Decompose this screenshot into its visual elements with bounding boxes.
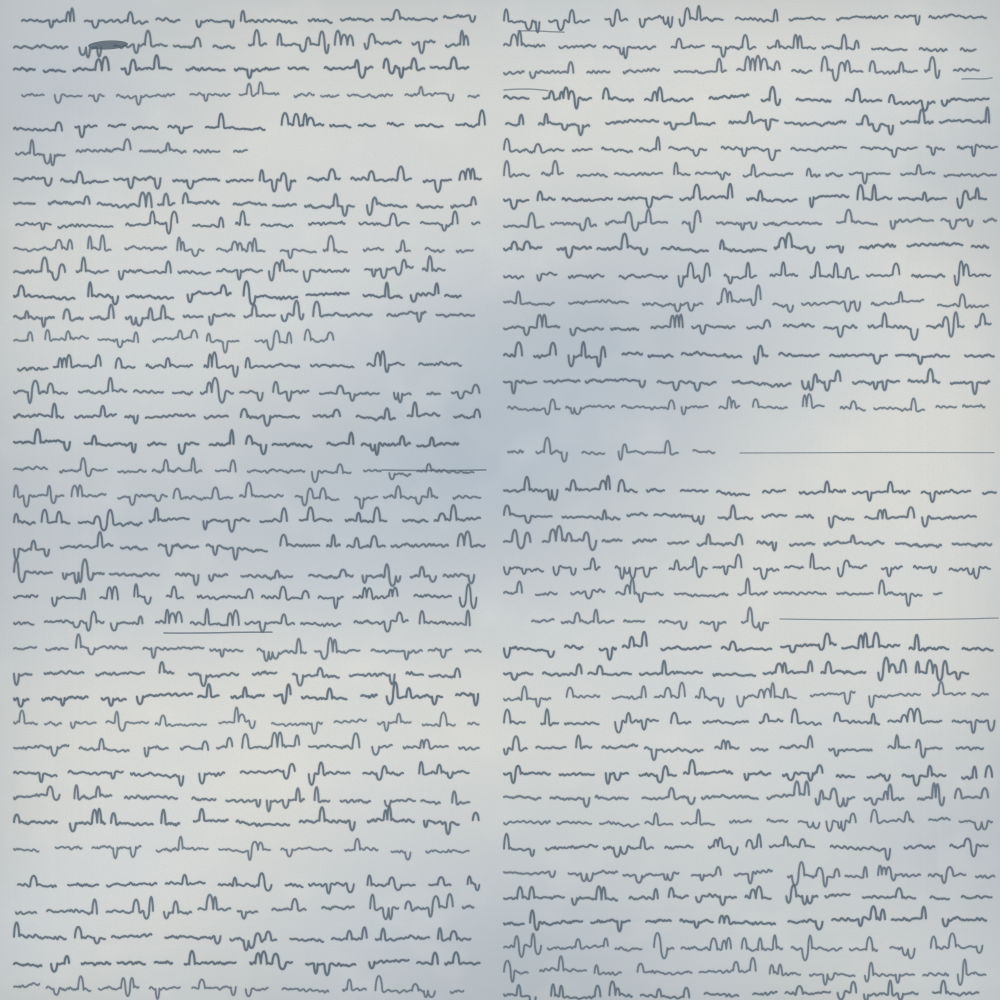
manuscript-page xyxy=(0,0,1000,1000)
paper-grain-texture xyxy=(0,0,1000,1000)
handwriting-layer xyxy=(0,0,1000,1000)
